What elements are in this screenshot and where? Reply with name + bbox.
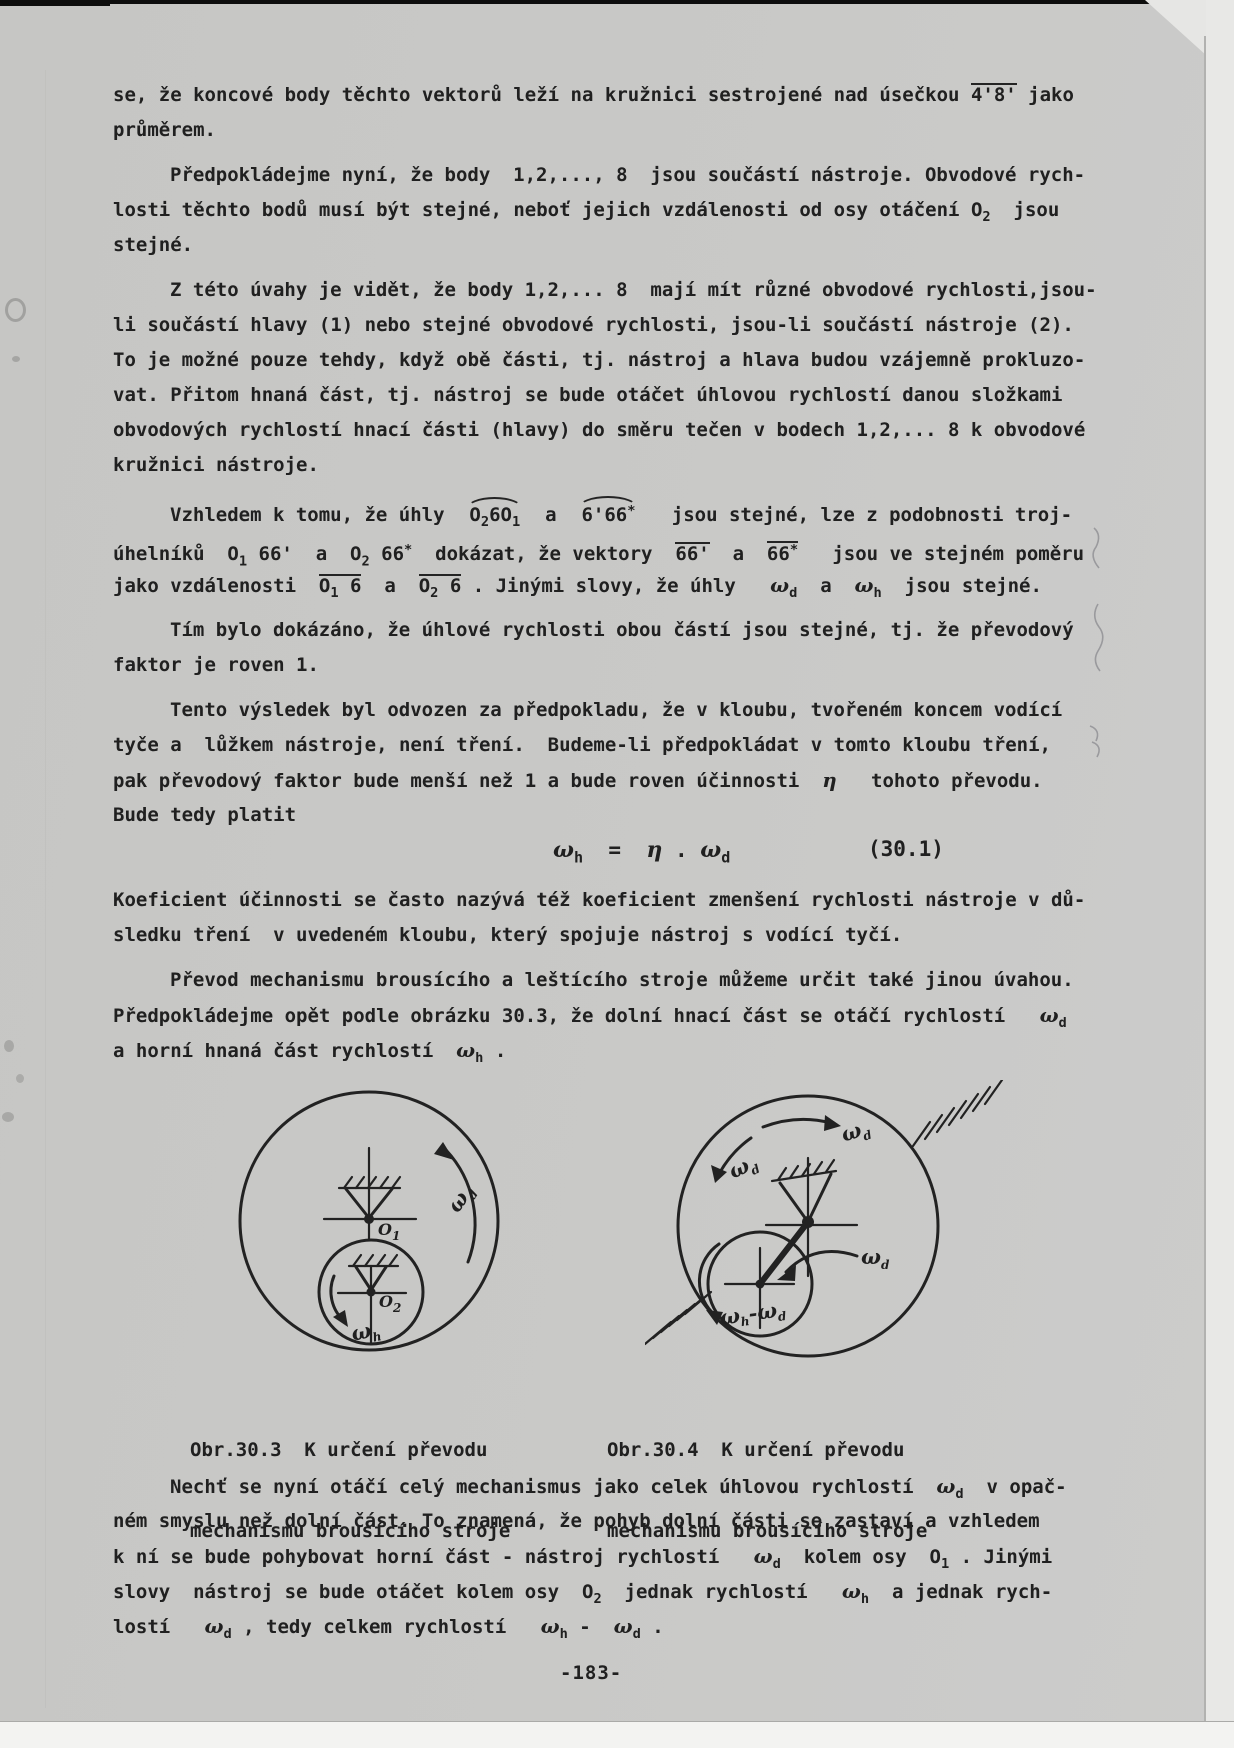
paragraph: Z této úvahy je vidět, že body 1,2,... 8… (113, 273, 1105, 483)
text-line: Z této úvahy je vidět, že body 1,2,... 8… (113, 273, 1105, 308)
paragraph: Tím bylo dokázáno, že úhlové rychlosti o… (113, 613, 1105, 683)
text-line: To je možné pouze tehdy, když obě části,… (113, 343, 1105, 378)
text-line: obvodových rychlostí hnací části (hlavy)… (113, 413, 1105, 448)
text-line: stejné. (113, 228, 1105, 263)
paper-smudge (2, 1112, 14, 1122)
equation-number: (30.1) (868, 837, 944, 861)
equation-row: ωh = η . ωd (30.1) (113, 837, 1105, 873)
pivot-support-o2 (338, 1255, 406, 1343)
text-column: se, že koncové body těchto vektorů leží … (113, 78, 1105, 1684)
text-line: pak převodový faktor bude menší než 1 a … (113, 763, 1105, 798)
scan-top-edge-corner (0, 0, 110, 6)
ground-hatch-top (913, 1080, 1002, 1146)
figure-30-3-diagram: O1 ωd O2 (232, 1080, 512, 1375)
equation-30-1: ωh = η . ωd (553, 837, 730, 867)
left-crease-shadow (45, 70, 46, 1708)
scanner-bed-strip (1206, 0, 1234, 1748)
page-corner-cut (1145, 0, 1207, 56)
text-line: sledku tření v uvedeném kloubu, který sp… (113, 918, 1105, 953)
text-line: vat. Přitom hnaná část, tj. nástroj se b… (113, 378, 1105, 413)
paragraph: Převod mechanismu brousícího a leštícího… (113, 963, 1105, 1068)
page-edge-line (1204, 36, 1206, 1748)
ground-hatch-bottom (645, 1292, 711, 1344)
omega-rel-label: ωh-ωd (718, 1296, 788, 1332)
paragraph: Tento výsledek byl odvozen za předpoklad… (113, 693, 1105, 833)
paper-smudge (5, 298, 26, 322)
scanned-document-page: se, že koncové body těchto vektorů leží … (0, 0, 1234, 1748)
figure-30-3-caption: Obr.30.3 K určení převodu mechanismu bro… (190, 1383, 510, 1599)
paragraph: Koeficient účinnosti se často nazývá též… (113, 883, 1105, 953)
paragraph: Vzhledem k tomu, že úhly O26O1 a 6'66* j… (113, 498, 1105, 603)
body-text-upper: se, že koncové body těchto vektorů leží … (113, 78, 1105, 833)
caption-line: mechanismu brousícího stroje (190, 1518, 510, 1545)
text-line: Koeficient účinnosti se často nazývá též… (113, 883, 1105, 918)
paper-smudge (16, 1074, 24, 1083)
text-line: kružnici nástroje. (113, 448, 1105, 483)
omega-d-top-arrow (763, 1115, 841, 1131)
pivot-support-o1 (324, 1148, 416, 1240)
omega-d-crank-label: ωd (861, 1244, 890, 1272)
text-line: Bude tedy platit (113, 798, 1105, 833)
text-line: Tím bylo dokázáno, že úhlové rychlosti o… (113, 613, 1105, 648)
omega-d-top-label: ωd (838, 1114, 874, 1150)
text-line: jako vzdálenosti O1 6 a O2 6 . Jinými sl… (113, 568, 1105, 603)
text-line: úhelníků O1 66' a O2 66* dokázat, že vek… (113, 533, 1105, 568)
text-line: se, že koncové body těchto vektorů leží … (113, 78, 1105, 113)
figure-30-4-diagram: ωd ωd ωd ωh-ωd (645, 1080, 1035, 1380)
body-text-middle: Koeficient účinnosti se často nazývá též… (113, 883, 1105, 1068)
page-number: -183- (113, 1662, 1105, 1684)
text-line: Předpokládejme opět podle obrázku 30.3, … (113, 998, 1105, 1033)
text-line: Převod mechanismu brousícího a leštícího… (113, 963, 1105, 998)
o2-label: O2 (379, 1292, 401, 1315)
page-bottom-edge (0, 1721, 1234, 1748)
caption-line: Obr.30.4 K určení převodu (607, 1437, 927, 1464)
paper-smudge (4, 1040, 14, 1052)
text-line: li součástí hlavy (1) nebo stejné obvodo… (113, 308, 1105, 343)
caption-line: mechanismu brousícího stroje (607, 1518, 927, 1545)
text-line: Vzhledem k tomu, že úhly O26O1 a 6'66* j… (113, 498, 1105, 533)
text-line: Předpokládejme nyní, že body 1,2,..., 8 … (113, 158, 1105, 193)
paragraph: Předpokládejme nyní, že body 1,2,..., 8 … (113, 158, 1105, 263)
text-line: Tento výsledek byl odvozen za předpoklad… (113, 693, 1105, 728)
scan-top-edge (0, 0, 1234, 4)
captions-row: Obr.30.3 K určení převodu mechanismu bro… (113, 1383, 1105, 1439)
caption-line: Obr.30.3 K určení převodu (190, 1437, 510, 1464)
text-line: a horní hnaná část rychlostí ωh . (113, 1033, 1105, 1068)
text-line: losti těchto bodů musí být stejné, neboť… (113, 193, 1105, 228)
figures-row: O1 ωd O2 (113, 1080, 1105, 1375)
text-line: faktor je roven 1. (113, 648, 1105, 683)
paper-smudge (12, 356, 20, 362)
text-line: průměrem. (113, 113, 1105, 148)
paragraph: se, že koncové body těchto vektorů leží … (113, 78, 1105, 148)
omega-d-crank-arrow (777, 1252, 857, 1281)
omega-h-arrow (331, 1276, 348, 1327)
text-line: tyče a lůžkem nástroje, není tření. Bude… (113, 728, 1105, 763)
text-line: lostí ωd , tedy celkem rychlostí ωh - ωd… (113, 1609, 1105, 1644)
figure-30-4-caption: Obr.30.4 K určení převodu mechanismu bro… (607, 1383, 927, 1599)
omega-d-left-label: ωd (725, 1149, 763, 1187)
